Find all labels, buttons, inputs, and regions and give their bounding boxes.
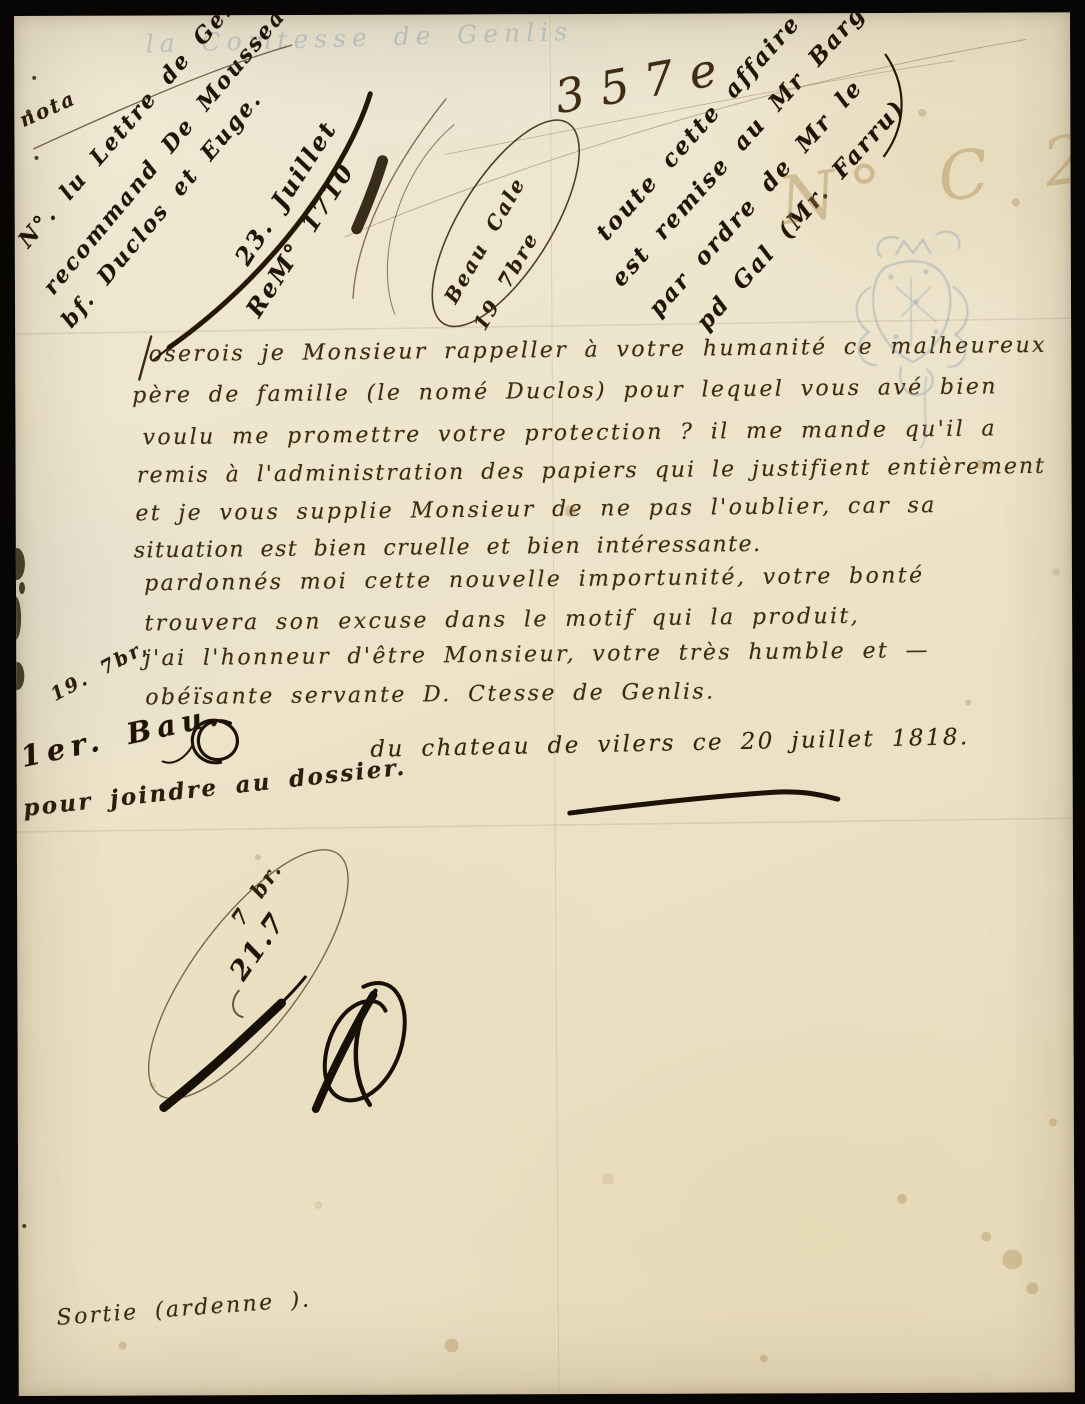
scanned-letter-page: { "scan": { "faint_inscription": "la Com…	[0, 0, 1085, 1404]
letter-body: oserois je Monsieur rappeller à votre hu…	[14, 12, 1075, 1396]
letter-line: oserois je Monsieur rappeller à votre hu…	[149, 333, 1047, 367]
letter-line: j'ai l'honneur d'être Monsieur, votre tr…	[144, 638, 930, 671]
letter-line: obéïsante servante D. Ctesse de Genlis.	[145, 679, 715, 710]
letter-line: pardonnés moi cette nouvelle importunité…	[144, 563, 925, 596]
letter-line: remis à l'administration des papiers qui…	[137, 454, 1046, 489]
letter-line: situation est bien cruelle et bien intér…	[134, 532, 762, 564]
letter-line: voulu me promettre votre protection ? il…	[142, 416, 997, 450]
letter-line: et je vous supplie Monsieur de ne pas l'…	[135, 493, 937, 526]
letter-paper: la Comtesse de Genlis nota N°. lu Lettre…	[14, 12, 1075, 1396]
letter-line: père de famille (le nomé Duclos) pour le…	[132, 374, 998, 408]
letter-line: trouvera son excuse dans le motif qui la…	[144, 604, 860, 636]
